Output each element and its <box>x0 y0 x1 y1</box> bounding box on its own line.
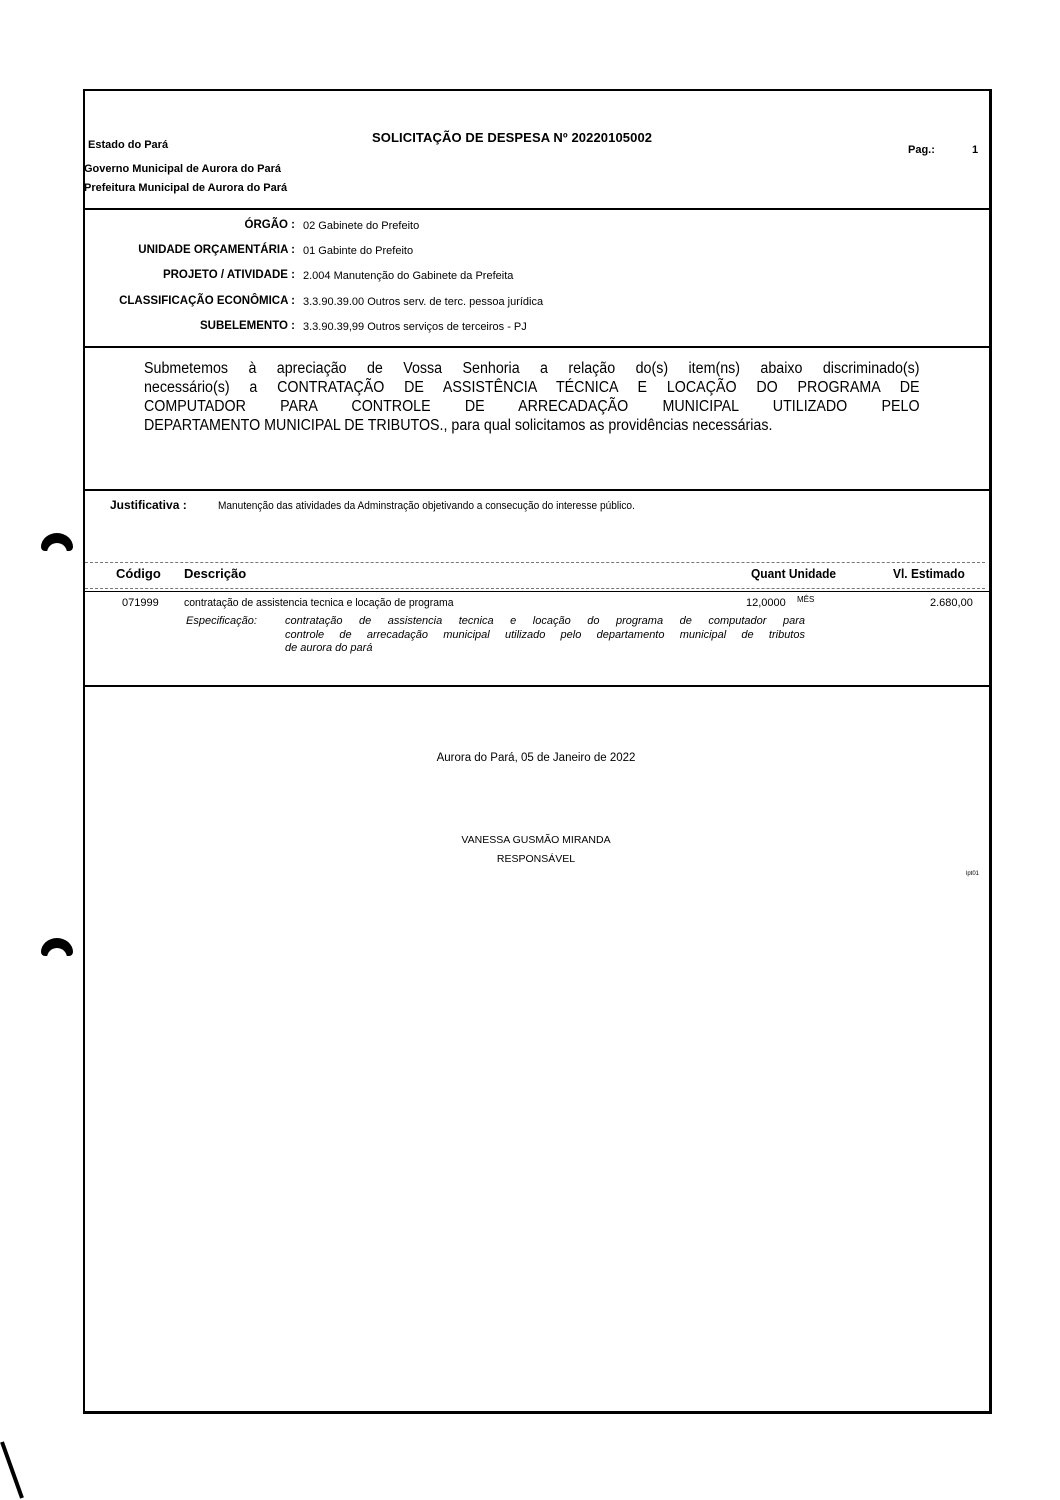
budget-value-orgao: 02 Gabinete do Prefeito <box>303 220 419 232</box>
column-header-code: Código <box>116 566 161 581</box>
signer-name: VANESSA GUSMÃO MIRANDA <box>0 834 1060 846</box>
item-quantity: 12,0000 <box>746 597 786 609</box>
divider-table-bottom <box>85 685 989 687</box>
divider-header <box>85 208 989 210</box>
request-line-4: DEPARTAMENTO MUNICIPAL DE TRIBUTOS., par… <box>144 416 920 435</box>
budget-label-projeto: PROJETO / ATIVIDADE : <box>85 269 295 281</box>
item-spec-line-3: de aurora do pará <box>285 642 805 656</box>
page-number: 1 <box>972 144 978 156</box>
item-spec-label: Especificação: <box>186 615 257 629</box>
prefecture-name: Prefeitura Municipal de Aurora do Pará <box>84 182 287 194</box>
scan-edge-mark <box>0 1440 30 1500</box>
budget-value-subelemento: 3.3.90.39,99 Outros serviços de terceiro… <box>303 321 527 333</box>
item-spec-line-2: controle de arrecadação municipal utiliz… <box>285 629 805 643</box>
table-header-rule <box>85 588 985 589</box>
column-header-qty-unit: Quant Unidade <box>751 566 836 581</box>
document-title: SOLICITAÇÃO DE DESPESA Nº 20220105002 <box>372 130 652 145</box>
place-and-date: Aurora do Pará, 05 de Janeiro de 2022 <box>0 752 1060 764</box>
request-line-1: Submetemos à apreciação de Vossa Senhori… <box>144 359 920 378</box>
item-spec-line-1: contratação de assistencia tecnica e loc… <box>285 615 805 629</box>
government-name: Governo Municipal de Aurora do Pará <box>84 163 281 175</box>
item-code: 071999 <box>122 597 159 609</box>
request-line-2: necessário(s) a CONTRATAÇÃO DE ASSISTÊNC… <box>144 378 920 397</box>
budget-label-classificacao: CLASSIFICAÇÃO ECONÔMICA : <box>85 295 295 307</box>
budget-label-subelemento: SUBELEMENTO : <box>85 320 295 332</box>
punch-hole-mark <box>41 938 73 956</box>
budget-value-projeto: 2.004 Manutenção do Gabinete da Prefeita <box>303 270 513 282</box>
item-spec-text: contratação de assistencia tecnica e loc… <box>285 615 805 656</box>
table-header-underline <box>85 591 989 592</box>
punch-hole-mark <box>41 533 73 551</box>
budget-label-orgao: ÓRGÃO : <box>85 219 295 231</box>
item-estimated-value: 2.680,00 <box>930 597 973 609</box>
signer-role: RESPONSÁVEL <box>0 853 1060 865</box>
budget-label-unidade: UNIDADE ORÇAMENTÁRIA : <box>85 244 295 256</box>
request-paragraph: Submetemos à apreciação de Vossa Senhori… <box>144 359 920 435</box>
item-unit: MÊS <box>797 595 814 604</box>
page-label: Pag.: <box>908 144 935 156</box>
divider-request <box>85 489 989 491</box>
column-header-description: Descrição <box>184 566 246 581</box>
divider-budget <box>85 346 989 348</box>
item-description: contratação de assistencia tecnica e loc… <box>184 597 454 609</box>
budget-value-classificacao: 3.3.90.39.00 Outros serv. de terc. pesso… <box>303 296 543 308</box>
justification-label: Justificativa : <box>110 498 187 512</box>
state-name: Estado do Pará <box>88 139 168 151</box>
budget-value-unidade: 01 Gabinte do Prefeito <box>303 245 413 257</box>
form-code: lpt01 <box>966 871 979 877</box>
table-top-rule <box>85 562 985 563</box>
column-header-estimated: Vl. Estimado <box>893 566 965 581</box>
justification-text: Manutenção das atividades da Adminstraçã… <box>218 500 635 512</box>
request-line-3: COMPUTADOR PARA CONTROLE DE ARRECADAÇÃO … <box>144 397 920 416</box>
